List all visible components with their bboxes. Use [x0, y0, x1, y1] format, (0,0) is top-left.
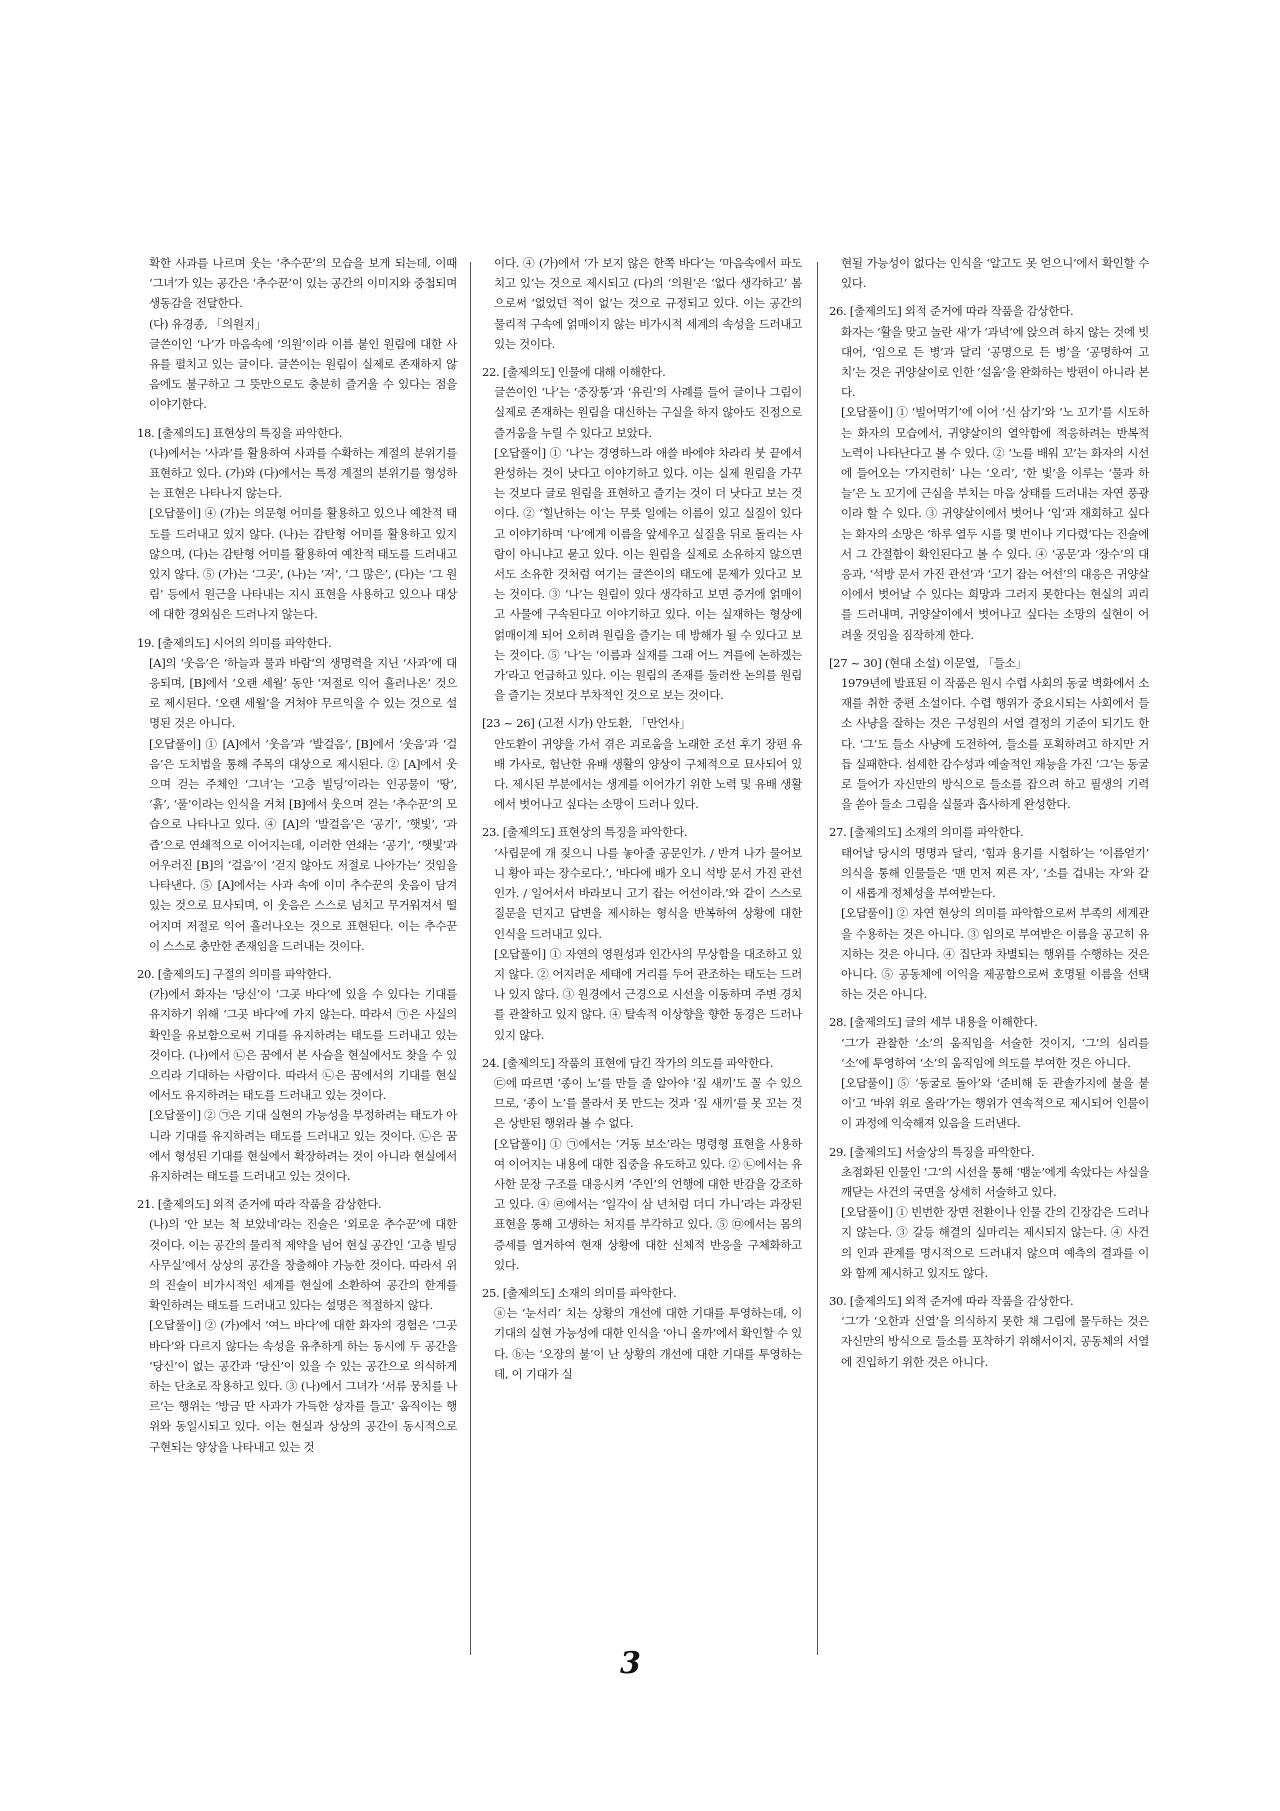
explanation: [A]의 ‘웃음’은 ‘하늘과 물과 바람’의 생명력을 지닌 ‘사과’에 대응… [137, 653, 457, 734]
explanation: 글쓴이인 ‘나’는 ‘중장통’과 ‘유린’의 사례를 들어 글이나 그림이 실제… [482, 382, 802, 443]
question-title: 28. [출제의도] 글의 세부 내용을 이해한다. [829, 1012, 1149, 1032]
question-title: 29. [출제의도] 서술상의 특징을 파악한다. [829, 1142, 1149, 1162]
continuation-block: 이다. ④ (가)에서 ‘가 보지 않은 한쪽 바다’는 ‘마음속에서 파도치고… [482, 253, 802, 354]
question-29: 29. [출제의도] 서술상의 특징을 파악한다. 초점화된 인물인 ‘그’의 … [829, 1142, 1149, 1283]
explanation: ㉢에 따르면 ‘종이 노’를 만들 줄 알아야 ‘짚 새끼’도 꼴 수 있으므로… [482, 1073, 802, 1134]
explanation: ⓐ는 ‘눈서리’ 치는 상황의 개선에 대한 기대를 투영하는데, 이 기대의 … [482, 1303, 802, 1384]
question-title: 21. [출제의도] 외적 준거에 따라 작품을 감상한다. [137, 1194, 457, 1214]
question-22: 22. [출제의도] 인물에 대해 이해한다. 글쓴이인 ‘나’는 ‘중장통’과… [482, 362, 802, 705]
source-title: [27 ~ 30] (현대 소설) 이문열, 「들소」 [829, 653, 1149, 673]
question-21: 21. [출제의도] 외적 준거에 따라 작품을 감상한다. (나)의 ‘안 보… [137, 1194, 457, 1457]
column-left: 확한 사과를 나르며 웃는 ‘추수꾼’의 모습을 보게 되는데, 이때 ‘그녀’… [137, 253, 457, 1465]
source-23-26: [23 ~ 26] (고전 시가) 안도환, 「만언사」 안도환이 귀양을 가서… [482, 713, 802, 814]
explanation: ‘그’가 관찰한 ‘소’의 움직임을 서술한 것이지, ‘그’의 심리를 ‘소’… [829, 1033, 1149, 1073]
paragraph: 글쓴이인 ‘나’가 마음속에 ‘의원’이라 이름 붙인 원림에 대한 사유를 펼… [137, 334, 457, 415]
question-19: 19. [출제의도] 시어의 의미를 파악한다. [A]의 ‘웃음’은 ‘하늘과… [137, 633, 457, 956]
wrong-answer-note: [오답풀이] ① ㉠에서는 ‘거동 보소’라는 명령형 표현을 사용하여 이어지… [482, 1134, 802, 1275]
source-title: (다) 유경종, 「의원지」 [137, 314, 457, 334]
question-title: 20. [출제의도] 구절의 의미를 파악한다. [137, 964, 457, 984]
wrong-answer-note: [오답풀이] ② ㉠은 기대 실현의 가능성을 부정하려는 태도가 아니라 기대… [137, 1105, 457, 1186]
explanation: 태어날 당시의 명명과 달리, ‘힘과 용기를 시험하’는 ‘이름얻기’ 의식을… [829, 843, 1149, 904]
question-30: 30. [출제의도] 외적 준거에 따라 작품을 감상한다. ‘그’가 ‘오한과… [829, 1291, 1149, 1372]
column-divider-left [470, 262, 471, 1655]
question-title: 30. [출제의도] 외적 준거에 따라 작품을 감상한다. [829, 1291, 1149, 1311]
column-divider-right [817, 262, 818, 1655]
question-title: 24. [출제의도] 작품의 표현에 담긴 작가의 의도를 파악한다. [482, 1053, 802, 1073]
wrong-answer-note: [오답풀이] ② 자연 현상의 의미를 파악함으로써 부족의 세계관을 수용하는… [829, 903, 1149, 1004]
paragraph: 이다. ④ (가)에서 ‘가 보지 않은 한쪽 바다’는 ‘마음속에서 파도치고… [482, 253, 802, 354]
paragraph: 현될 가능성이 없다는 인식을 ‘알고도 못 얻으니’에서 확인할 수 있다. [829, 253, 1149, 293]
column-right: 현될 가능성이 없다는 인식을 ‘알고도 못 얻으니’에서 확인할 수 있다. … [829, 253, 1149, 1380]
explanation: 초점화된 인물인 ‘그’의 시선을 통해 ‘뱀눈’에게 속았다는 사실을 깨닫는… [829, 1162, 1149, 1202]
continuation-block: 확한 사과를 나르며 웃는 ‘추수꾼’의 모습을 보게 되는데, 이때 ‘그녀’… [137, 253, 457, 415]
continuation-block: 현될 가능성이 없다는 인식을 ‘알고도 못 얻으니’에서 확인할 수 있다. [829, 253, 1149, 293]
question-title: 26. [출제의도] 외적 준거에 따라 작품을 감상한다. [829, 301, 1149, 321]
explanation: (나)에서는 ‘사과’를 활용하여 사과를 수확하는 계절의 분위기를 표현하고… [137, 443, 457, 504]
explanation: (나)의 ‘안 보는 척 보았네’라는 진술은 ‘외로운 추수꾼’에 대한 것이… [137, 1214, 457, 1315]
source-title: [23 ~ 26] (고전 시가) 안도환, 「만언사」 [482, 713, 802, 733]
wrong-answer-note: [오답풀이] ① ‘나’는 경영하느라 애쓸 바에야 차라리 붓 끝에서 완성하… [482, 443, 802, 706]
question-24: 24. [출제의도] 작품의 표현에 담긴 작가의 의도를 파악한다. ㉢에 따… [482, 1053, 802, 1275]
question-title: 25. [출제의도] 소재의 의미를 파악한다. [482, 1283, 802, 1303]
column-middle: 이다. ④ (가)에서 ‘가 보지 않은 한쪽 바다’는 ‘마음속에서 파도치고… [482, 253, 802, 1392]
question-title: 18. [출제의도] 표현상의 특징을 파악한다. [137, 423, 457, 443]
wrong-answer-note: [오답풀이] ① 빈번한 장면 전환이나 인물 간의 긴장감은 드러나지 않는다… [829, 1202, 1149, 1283]
wrong-answer-note: [오답풀이] ⑤ ‘동굴로 돌아’와 ‘준비해 둔 관솔가지에 불을 붙이’고 … [829, 1073, 1149, 1134]
source-summary: 안도환이 귀양을 가서 겪은 괴로움을 노래한 조선 후기 장편 유배 가사로,… [482, 734, 802, 815]
question-title: 22. [출제의도] 인물에 대해 이해한다. [482, 362, 802, 382]
question-26: 26. [출제의도] 외적 준거에 따라 작품을 감상한다. 화자는 ‘활을 맞… [829, 301, 1149, 644]
question-27: 27. [출제의도] 소재의 의미를 파악한다. 태어날 당시의 명명과 달리,… [829, 822, 1149, 1004]
question-20: 20. [출제의도] 구절의 의미를 파악한다. (가)에서 화자는 ‘당신’이… [137, 964, 457, 1186]
wrong-answer-note: [오답풀이] ④ (가)는 의문형 어미를 활용하고 있으나 예찬적 태도를 드… [137, 503, 457, 624]
question-23: 23. [출제의도] 표현상의 특징을 파악한다. ‘사립문에 개 짖으니 나를… [482, 822, 802, 1044]
question-title: 23. [출제의도] 표현상의 특징을 파악한다. [482, 822, 802, 842]
wrong-answer-note: [오답풀이] ① ‘빌어먹기’에 이어 ‘신 삼기’와 ‘노 꼬기’를 시도하는… [829, 402, 1149, 644]
question-title: 19. [출제의도] 시어의 의미를 파악한다. [137, 633, 457, 653]
question-25: 25. [출제의도] 소재의 의미를 파악한다. ⓐ는 ‘눈서리’ 치는 상황의… [482, 1283, 802, 1384]
explanation: 화자는 ‘활을 맞고 놀란 새’가 ‘과녁’에 앉으려 하지 않는 것에 빗대어… [829, 322, 1149, 403]
paragraph: 확한 사과를 나르며 웃는 ‘추수꾼’의 모습을 보게 되는데, 이때 ‘그녀’… [137, 253, 457, 314]
question-title: 27. [출제의도] 소재의 의미를 파악한다. [829, 822, 1149, 842]
source-27-30: [27 ~ 30] (현대 소설) 이문열, 「들소」 1979년에 발표된 이… [829, 653, 1149, 815]
source-summary: 1979년에 발표된 이 작품은 원시 수렵 사회의 동굴 벽화에서 소재를 취… [829, 673, 1149, 814]
question-28: 28. [출제의도] 글의 세부 내용을 이해한다. ‘그’가 관찰한 ‘소’의… [829, 1012, 1149, 1133]
explanation: ‘그’가 ‘오한과 신열’을 의식하지 못한 채 그림에 몰두하는 것은 자신만… [829, 1311, 1149, 1372]
wrong-answer-note: [오답풀이] ① 자연의 영원성과 인간사의 무상함을 대조하고 있지 않다. … [482, 944, 802, 1045]
question-18: 18. [출제의도] 표현상의 특징을 파악한다. (나)에서는 ‘사과’를 활… [137, 423, 457, 625]
wrong-answer-note: [오답풀이] ① [A]에서 ‘웃음’과 ‘발걸음’, [B]에서 ‘웃음’과 … [137, 734, 457, 956]
explanation: (가)에서 화자는 ‘당신’이 ‘그곳 바다’에 있을 수 있다는 기대를 유지… [137, 984, 457, 1105]
page-number: 3 [620, 1646, 641, 1681]
explanation: ‘사립문에 개 짖으니 나를 놓아줄 공문인가. / 반겨 나가 물어보니 황아… [482, 843, 802, 944]
wrong-answer-note: [오답풀이] ② (가)에서 ‘여느 바다’에 대한 화자의 경험은 ‘그곳 바… [137, 1315, 457, 1456]
answer-key-page: 확한 사과를 나르며 웃는 ‘추수꾼’의 모습을 보게 되는데, 이때 ‘그녀’… [0, 0, 1280, 1811]
